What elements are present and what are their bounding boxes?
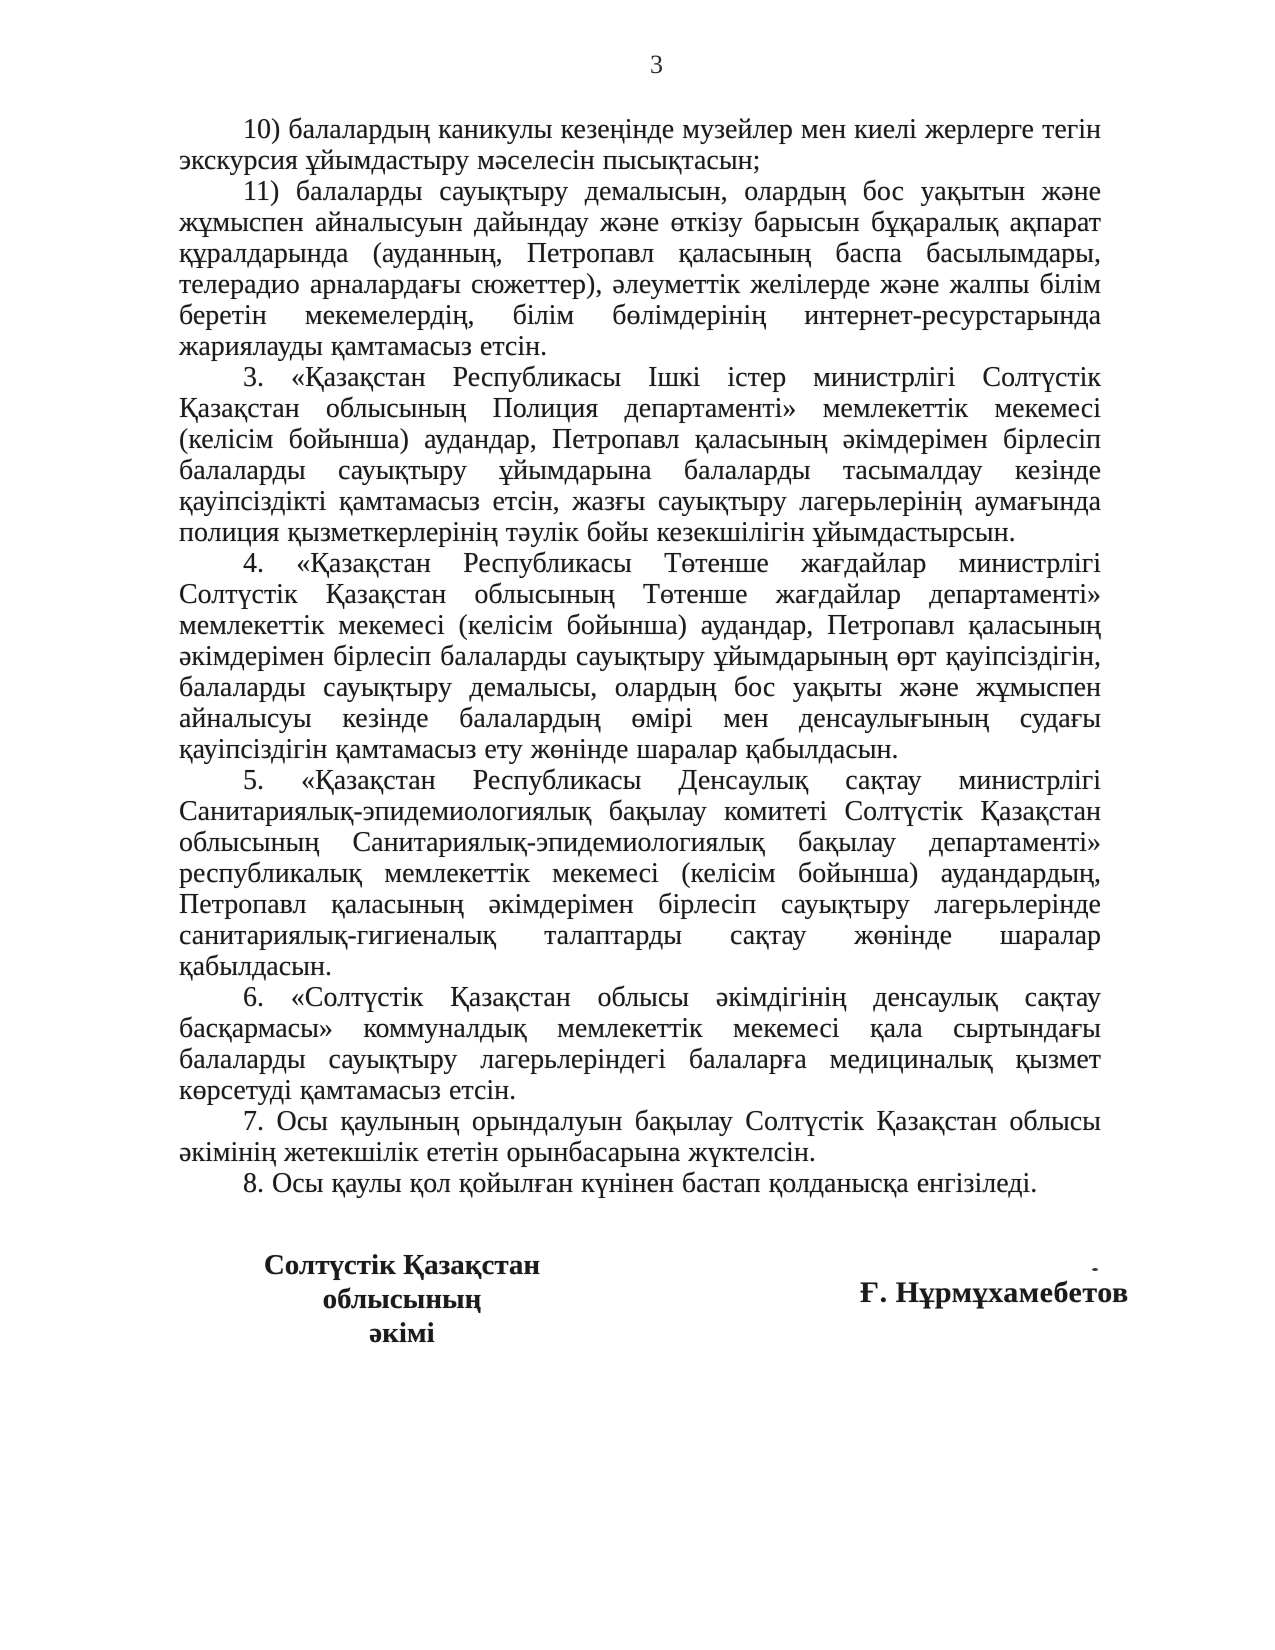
paragraph-point-5: 5. «Қазақстан Республикасы Денсаулық сақ… <box>179 765 1101 982</box>
paragraph-point-8: 8. Осы қаулы қол қойылған күнінен бастап… <box>179 1168 1101 1199</box>
paragraph-item-11: 11) балаларды сауықтыру демалысын, олард… <box>179 176 1101 362</box>
signature-title-block: Солтүстік Қазақстан облысының әкімі <box>186 1248 618 1350</box>
signature-title-line1: Солтүстік Қазақстан облысының <box>186 1248 618 1316</box>
signatory-name: Ғ. Нұрмұхамебетов <box>860 1276 1129 1310</box>
paragraph-point-3: 3. «Қазақстан Республикасы Ішкі істер ми… <box>179 362 1101 548</box>
paragraph-item-10: 10) балалардың каникулы кезеңінде музейл… <box>179 114 1101 176</box>
paragraph-point-6: 6. «Солтүстік Қазақстан облысы әкімдігін… <box>179 982 1101 1106</box>
paragraph-point-4: 4. «Қазақстан Республикасы Төтенше жағда… <box>179 548 1101 765</box>
page-number: 3 <box>0 50 1275 80</box>
scan-ink-dot <box>1092 1268 1098 1271</box>
paragraph-point-7: 7. Осы қаулының орындалуын бақылау Солтү… <box>179 1106 1101 1168</box>
document-page: 3 10) балалардың каникулы кезеңінде музе… <box>0 0 1275 1650</box>
document-body: 10) балалардың каникулы кезеңінде музейл… <box>179 114 1101 1199</box>
signature-title-line2: әкімі <box>186 1316 618 1350</box>
